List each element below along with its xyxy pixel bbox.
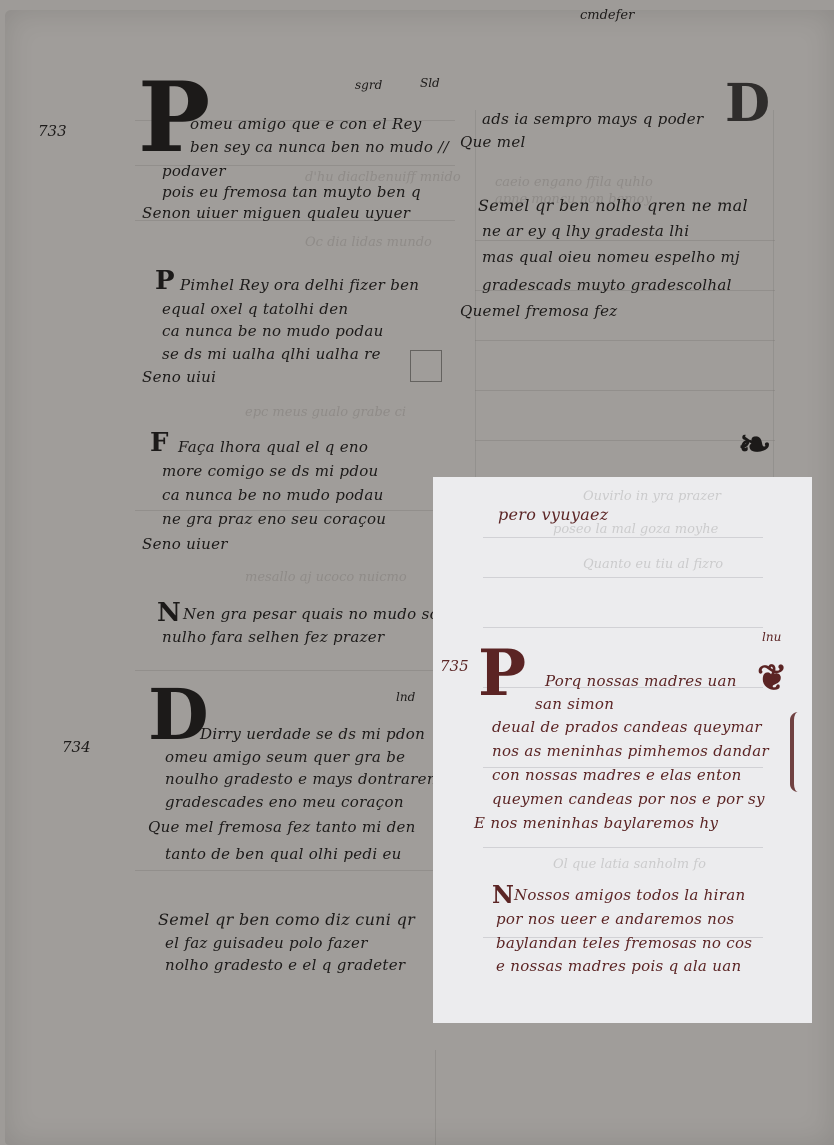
ruling-line <box>773 110 774 490</box>
bleed-through-text: Ol que latia sanholm fo <box>553 857 706 872</box>
initial-n: N <box>157 598 181 628</box>
bleed-through-text: epc meus gualo grabe ci <box>245 405 406 420</box>
verse-line: omeu amigo que e con el Rey <box>190 115 422 133</box>
verse-line: omeu amigo seum quer gra be <box>165 748 405 766</box>
poem-number-734: 734 <box>62 738 91 756</box>
ruling-line <box>135 870 455 871</box>
verse-line: Nen gra pesar quais no mudo son <box>183 605 449 623</box>
verse-line: ca nunca be no mudo podau <box>162 486 384 504</box>
verse-line: Dirry uerdade se ds mi pdon <box>200 725 425 743</box>
refrain-line: Seno uiuer <box>142 535 228 553</box>
refrain-line: E nos meninhas baylaremos hy <box>474 814 718 832</box>
ruling-line <box>475 440 775 441</box>
bleed-through-text: Quanto eu tiu al fizro <box>583 557 723 572</box>
verse-line: ben sey ca nunca ben no mudo // <box>190 138 449 156</box>
bleed-through-text: caeio engano ffila quhlo <box>495 175 653 190</box>
ruling-line <box>475 240 775 241</box>
ruling-line <box>483 577 763 578</box>
bleed-through-text: Ouvirlo in yra prazer <box>583 489 721 504</box>
verse-line: con nossas madres e elas enton <box>492 766 742 784</box>
verse-line: ne ar ey q lhy gradesta lhi <box>482 222 689 240</box>
verse-line: baylandan teles fremosas no cos <box>496 934 752 952</box>
author-heading: pero vyuyaez <box>498 505 609 524</box>
verse-line: Pimhel Rey ora delhi fizer ben <box>180 276 419 294</box>
verse-line: se ds mi ualha qlhi ualha re <box>162 345 381 363</box>
verse-line: podaver <box>162 162 226 180</box>
ruling-line <box>483 537 763 538</box>
verse-line: ne gra praz eno seu coraçou <box>162 510 386 528</box>
marginal-note: Sld <box>420 76 440 90</box>
verse-line: deual de prados candeas queymar <box>492 718 762 736</box>
verse-line: gradescades eno meu coraçon <box>165 793 404 811</box>
refrain-line: Quemel fremosa fez <box>460 302 618 320</box>
ruling-line <box>475 340 775 341</box>
decorated-initial-p-red: P <box>478 642 526 706</box>
decorative-flourish <box>790 712 808 792</box>
ruling-line <box>483 847 763 848</box>
marginal-note: lnd <box>396 690 415 704</box>
verse-line: el faz guisadeu polo fazer <box>165 934 368 952</box>
verse-line: gradescads muyto gradescolhal <box>482 276 732 294</box>
refrain-line: Que mel <box>460 133 526 151</box>
marginal-note: lnu <box>762 630 781 644</box>
initial-n-red: N <box>492 880 514 909</box>
initial-f: F <box>150 428 168 458</box>
decorated-initial-right-red: ❦ <box>757 660 787 696</box>
verse-line: ads ia sempro mays q poder <box>482 110 703 128</box>
ruling-line <box>135 670 455 671</box>
ruling-line <box>475 390 775 391</box>
verse-line: pois eu fremosa tan muyto ben q <box>162 183 421 201</box>
refrain-line: Seno uiui <box>142 368 216 386</box>
initial-p: P <box>155 266 175 296</box>
marginal-box-mark <box>410 350 442 382</box>
verse-line: Semel qr ben nolho qren ne mal <box>478 196 748 215</box>
decorated-initial-d-right: D <box>725 78 770 130</box>
verse-line: tanto de ben qual olhi pedi eu <box>165 845 402 863</box>
verse-line: ca nunca be no mudo podau <box>162 322 384 340</box>
fold-line <box>435 1050 436 1145</box>
poem-number-733: 733 <box>38 122 67 140</box>
ruling-line <box>475 110 476 490</box>
verse-line: nos as meninhas pimhemos dandar <box>492 742 769 760</box>
top-marginal-note: cmdefer <box>580 8 634 23</box>
verse-line: Faça lhora qual el q eno <box>178 438 368 456</box>
marginal-note: sgrd <box>355 78 382 92</box>
verse-line: nulho fara selhen fez prazer <box>162 628 384 646</box>
refrain-line: Que mel fremosa fez tanto mi den <box>148 818 416 836</box>
verse-line: Nossos amigos todos la hiran <box>514 886 745 904</box>
bleed-through-text: mesallo aj ucoco nuicmo <box>245 570 407 585</box>
verse-line: more comigo se ds mi pdou <box>162 462 379 480</box>
refrain-line: Senon uiuer miguen qualeu uyuer <box>142 204 410 222</box>
verse-line: e nossas madres pois q ala uan <box>496 957 741 975</box>
ruling-line <box>483 627 763 628</box>
decorated-initial-s-right: ❧ <box>738 425 772 465</box>
verse-line: por nos ueer e andaremos nos <box>496 910 734 928</box>
verse-line: noulho gradesto e mays dontraren <box>165 770 437 788</box>
verse-line: queymen candeas por nos e por sy <box>492 790 765 808</box>
verse-line: Porq nossas madres uan <box>545 672 737 690</box>
poem-number-735: 735 <box>440 657 469 675</box>
verse-line: Semel qr ben como diz cuni qr <box>158 910 415 929</box>
bleed-through-text: Oc dia lidas mundo <box>305 235 432 250</box>
verse-line: mas qual oieu nomeu espelho mj <box>482 248 740 266</box>
verse-line: san simon <box>535 695 614 713</box>
verse-line: nolho gradesto e el q gradeter <box>165 956 405 974</box>
bleed-through-text: poseo la mal goza moyhe <box>553 522 718 537</box>
verse-line: equal oxel q tatolhi den <box>162 300 348 318</box>
